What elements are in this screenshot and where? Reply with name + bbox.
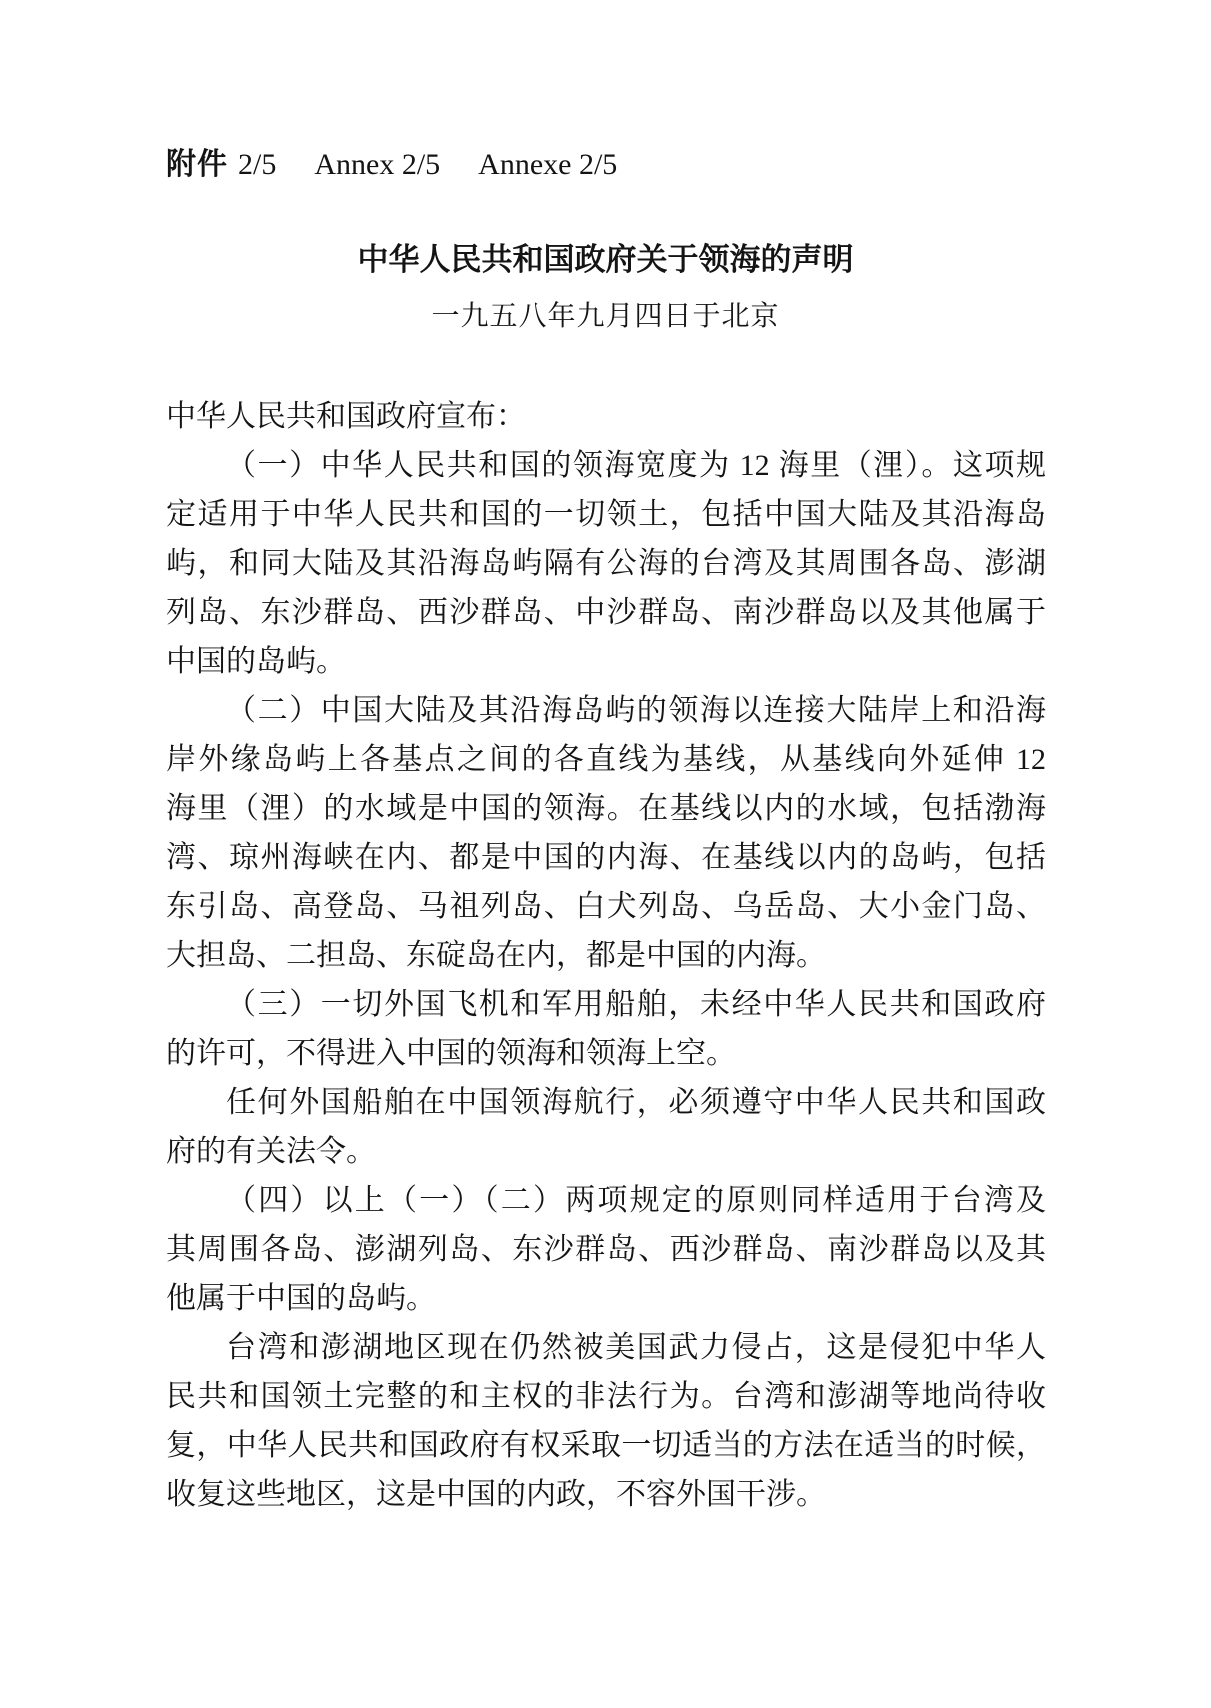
document-body: 中华人民共和国政府宣布：（一）中华人民共和国的领海宽度为 12 海里（浬）。这项… xyxy=(166,392,1046,1519)
body-line: 湾、琼州海峡在内、都是中国的内海、在基线以内的岛屿，包括 xyxy=(166,833,1046,882)
body-line: 岸外缘岛屿上各基点之间的各直线为基线，从基线向外延伸 12 xyxy=(166,735,1046,784)
body-line: 府的有关法令。 xyxy=(166,1127,1046,1176)
body-line: 其周围各岛、澎湖列岛、东沙群岛、西沙群岛、南沙群岛以及其 xyxy=(166,1225,1046,1274)
body-line: 民共和国领土完整的和主权的非法行为。台湾和澎湖等地尚待收 xyxy=(166,1372,1046,1421)
body-line: 他属于中国的岛屿。 xyxy=(166,1274,1046,1323)
body-line: 复，中华人民共和国政府有权采取一切适当的方法在适当的时候， xyxy=(166,1421,1046,1470)
document-title: 中华人民共和国政府关于领海的声明 xyxy=(0,238,1211,282)
body-line: 东引岛、高登岛、马祖列岛、白犬列岛、乌岳岛、大小金门岛、 xyxy=(166,882,1046,931)
body-line: 中华人民共和国政府宣布： xyxy=(166,392,1046,441)
body-line: 任何外国船舶在中国领海航行，必须遵守中华人民共和国政 xyxy=(166,1078,1046,1127)
body-line: 海里（浬）的水域是中国的领海。在基线以内的水域，包括渤海 xyxy=(166,784,1046,833)
document-page: 附件2/5Annex 2/5Annexe 2/5 中华人民共和国政府关于领海的声… xyxy=(0,0,1211,1708)
body-line: （二）中国大陆及其沿海岛屿的领海以连接大陆岸上和沿海 xyxy=(166,686,1046,735)
body-line: 中国的岛屿。 xyxy=(166,637,1046,686)
document-subtitle: 一九五八年九月四日于北京 xyxy=(0,296,1211,338)
body-line: （四）以上（一）（二）两项规定的原则同样适用于台湾及 xyxy=(166,1176,1046,1225)
body-line: 大担岛、二担岛、东碇岛在内，都是中国的内海。 xyxy=(166,931,1046,980)
body-line: （一）中华人民共和国的领海宽度为 12 海里（浬）。这项规 xyxy=(166,441,1046,490)
body-line: 的许可，不得进入中国的领海和领海上空。 xyxy=(166,1029,1046,1078)
body-line: 台湾和澎湖地区现在仍然被美国武力侵占，这是侵犯中华人 xyxy=(166,1323,1046,1372)
annex-header: 附件2/5Annex 2/5Annexe 2/5 xyxy=(166,144,617,186)
annex-ref-french: Annexe 2/5 xyxy=(478,148,617,181)
annex-label-cjk: 附件 xyxy=(166,148,228,181)
body-line: （三）一切外国飞机和军用船舶，未经中华人民共和国政府 xyxy=(166,980,1046,1029)
body-line: 收复这些地区，这是中国的内政，不容外国干涉。 xyxy=(166,1470,1046,1519)
body-line: 屿，和同大陆及其沿海岛屿隔有公海的台湾及其周围各岛、澎湖 xyxy=(166,539,1046,588)
annex-ref-number: 2/5 xyxy=(238,148,276,181)
annex-ref-english: Annex 2/5 xyxy=(314,148,440,181)
body-line: 列岛、东沙群岛、西沙群岛、中沙群岛、南沙群岛以及其他属于 xyxy=(166,588,1046,637)
body-line: 定适用于中华人民共和国的一切领土，包括中国大陆及其沿海岛 xyxy=(166,490,1046,539)
